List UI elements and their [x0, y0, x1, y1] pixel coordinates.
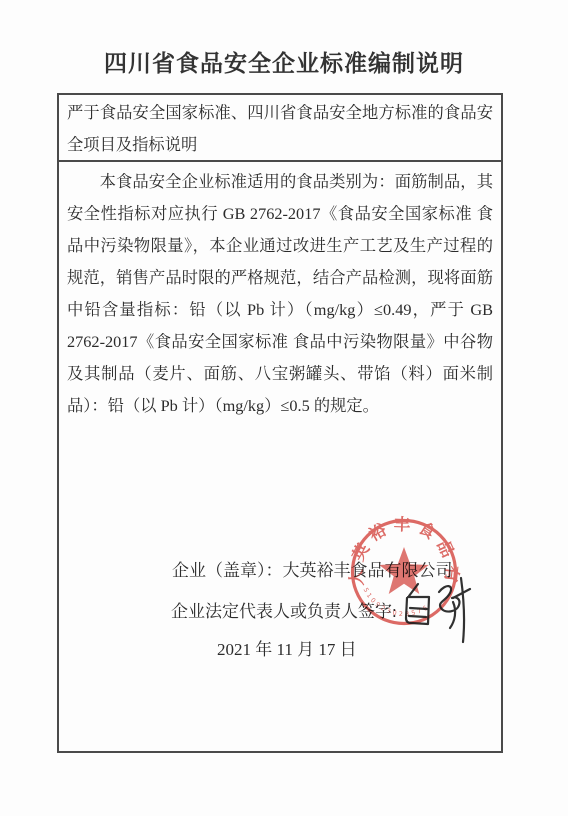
- handwritten-signature-icon: [395, 556, 480, 656]
- signature-stroke-1: [406, 584, 429, 624]
- date-line: 2021 年 11 月 17 日: [217, 640, 357, 660]
- page-title: 四川省食品安全企业标准编制说明: [0, 45, 568, 78]
- table-body-cell: 本食品安全企业标准适用的食品类别为：面筋制品，其安全性指标对应执行 GB 276…: [59, 162, 501, 422]
- document-page: 四川省食品安全企业标准编制说明 严于食品安全国家标准、四川省食品安全地方标准的食…: [0, 0, 568, 816]
- signature-stroke-2: [439, 586, 459, 628]
- table-header-cell: 严于食品安全国家标准、四川省食品安全地方标准的食品安全项目及指标说明: [59, 95, 501, 162]
- body-paragraph: 本食品安全企业标准适用的食品类别为：面筋制品，其安全性指标对应执行 GB 276…: [67, 166, 493, 422]
